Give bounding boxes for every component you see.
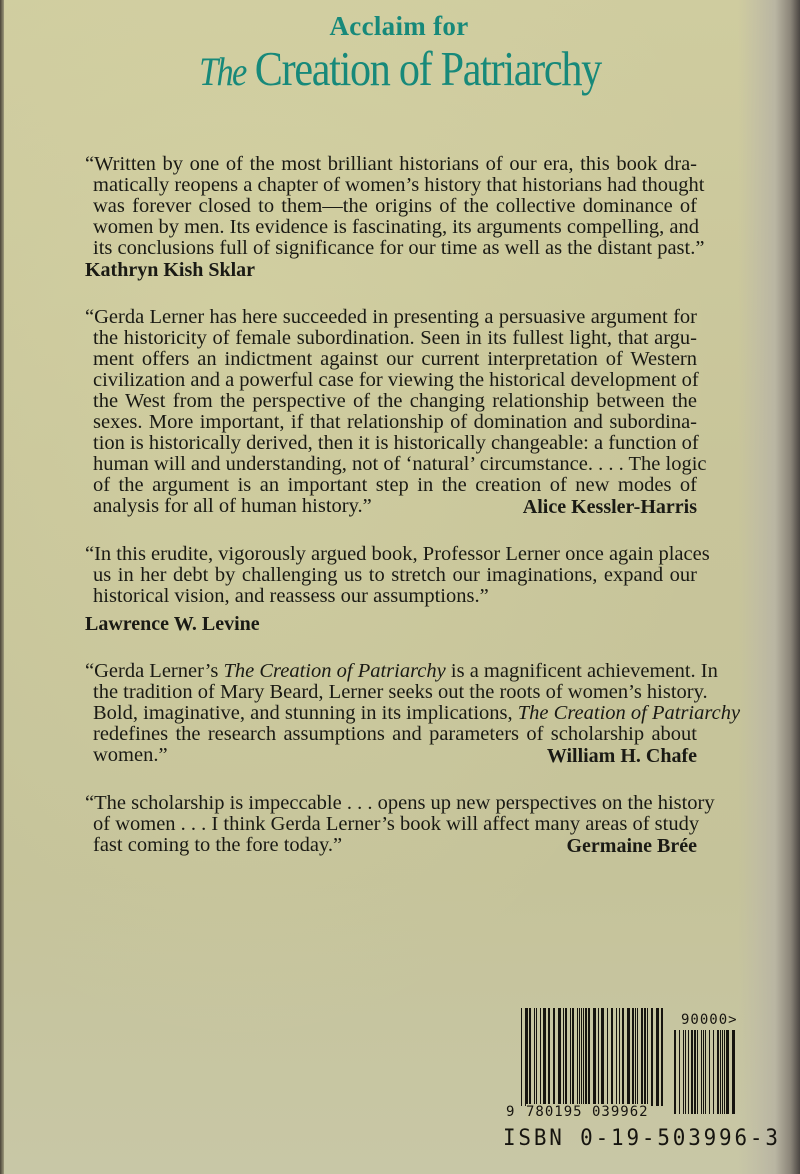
book-title: The Creation of Patriarchy xyxy=(56,40,744,101)
book-title-the: The xyxy=(199,49,245,94)
blurb-line: sexes. More important, if that relations… xyxy=(85,412,697,433)
blurb-line: “In this erudite, vigorously argued book… xyxy=(85,544,697,565)
blurb-line: of women . . . I think Gerda Lerner’s bo… xyxy=(85,814,697,835)
blurbs: “Written by one of the most brilliant hi… xyxy=(85,154,697,883)
blurb-line: Bold, imaginative, and stunning in its i… xyxy=(85,703,697,724)
blurb-line: “Written by one of the most brilliant hi… xyxy=(85,154,697,175)
blurb-line: was forever closed to them—the origins o… xyxy=(85,196,697,217)
blurb-sklar: “Written by one of the most brilliant hi… xyxy=(85,154,697,281)
cover-header: Acclaim for The Creation of Patriarchy xyxy=(0,10,800,101)
price-addon-barcode xyxy=(674,1030,736,1114)
blurb-author: Lawrence W. Levine xyxy=(85,613,697,635)
book-title-italic: The Creation of Patriarchy xyxy=(224,660,446,682)
blurb-last-line: fast coming to the fore today.” Germaine… xyxy=(85,835,697,857)
book-title-main: Creation of Patriarchy xyxy=(255,41,601,96)
blurb-line: us in her debt by challenging us to stre… xyxy=(85,565,697,586)
blurb-line: “Gerda Lerner’s The Creation of Patriarc… xyxy=(85,661,697,682)
blurb-author: Alice Kessler-Harris xyxy=(523,496,697,518)
barcode-digits: 780195 039962 xyxy=(526,1104,649,1120)
blurb-line: “Gerda Lerner has here succeeded in pres… xyxy=(85,307,697,328)
blurb-line: the tradition of Mary Beard, Lerner seek… xyxy=(85,682,697,703)
blurb-author: Germaine Brée xyxy=(567,835,698,857)
blurb-line: redefines the research assumptions and p… xyxy=(85,724,697,745)
blurb-last-line: women.” William H. Chafe xyxy=(85,745,697,767)
blurb-line: human will and understanding, not of ‘na… xyxy=(85,454,697,475)
acclaim-heading: Acclaim for xyxy=(0,10,800,42)
isbn-barcode: 9 780195 039962 90000> xyxy=(500,1008,750,1118)
blurb-line: ment offers an indictment against our cu… xyxy=(85,349,697,370)
blurb-levine: “In this erudite, vigorously argued book… xyxy=(85,544,697,635)
blurb-line: women.” xyxy=(93,745,168,767)
addon-digits: 90000> xyxy=(681,1012,738,1028)
blurb-line: its conclusions full of significance for… xyxy=(85,238,697,259)
book-title-italic: The Creation of Patriarchy xyxy=(518,702,740,724)
barcode-lead-digit: 9 xyxy=(506,1104,514,1120)
blurb-line: women by men. Its evidence is fascinatin… xyxy=(85,217,697,238)
blurb-line: fast coming to the fore today.” xyxy=(93,835,342,857)
isbn-number: ISBN 0-19-503996-3 xyxy=(503,1126,781,1151)
ean13-barcode xyxy=(521,1008,663,1106)
blurb-line: historical vision, and reassess our assu… xyxy=(85,586,697,607)
blurb-line: “The scholarship is impeccable . . . ope… xyxy=(85,793,697,814)
blurb-kessler-harris: “Gerda Lerner has here succeeded in pres… xyxy=(85,307,697,518)
blurb-chafe: “Gerda Lerner’s The Creation of Patriarc… xyxy=(85,661,697,767)
blurb-line: of the argument is an important step in … xyxy=(85,475,697,496)
blurb-line: matically reopens a chapter of women’s h… xyxy=(85,175,697,196)
blurb-author: William H. Chafe xyxy=(547,745,697,767)
blurb-last-line: analysis for all of human history.” Alic… xyxy=(85,496,697,518)
blurb-bree: “The scholarship is impeccable . . . ope… xyxy=(85,793,697,857)
blurb-line: the historicity of female subordination.… xyxy=(85,328,697,349)
blurb-author: Kathryn Kish Sklar xyxy=(85,259,697,281)
blurb-line: civilization and a powerful case for vie… xyxy=(85,370,697,391)
cover-left-edge xyxy=(0,0,4,1174)
blurb-line: the West from the perspective of the cha… xyxy=(85,391,697,412)
blurb-line: tion is historically derived, then it is… xyxy=(85,433,697,454)
blurb-line: analysis for all of human history.” xyxy=(93,496,372,518)
cover-right-edge-shadow xyxy=(738,0,800,1174)
